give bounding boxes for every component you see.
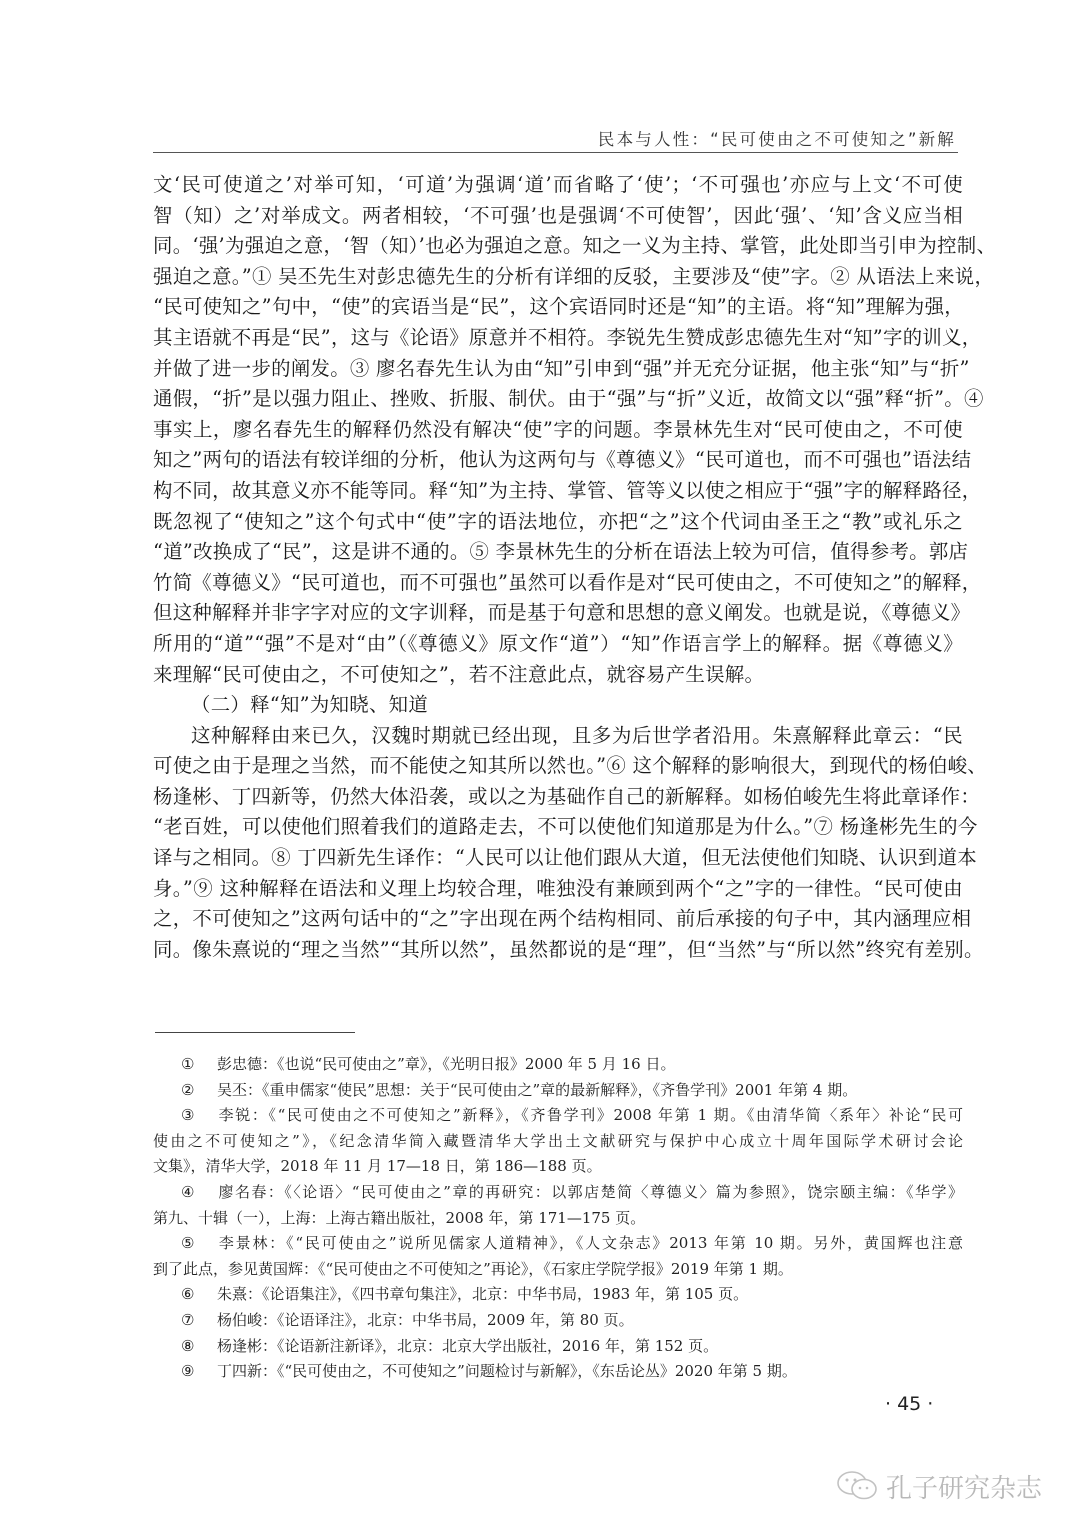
footnote-text: 彭忠德：《也说“民可使由之”章》，《光明日报》2000 年 5 月 16 日。: [217, 1055, 675, 1073]
text-line: 同。像朱熹说的“理之当然”“其所以然”，虽然都说的是“理”，但“当然”与“所以然…: [153, 935, 963, 966]
footnote-line: 第九、十辑（一），上海：上海古籍出版社，2008 年，第 171—175 页。: [153, 1206, 963, 1232]
footnote-text: 使由之不可使知之”》，《纪念清华简入藏暨清华大学出土文献研究与保护中心成立十周年…: [153, 1132, 963, 1150]
footnote-number: ⑤: [181, 1231, 217, 1257]
wechat-icon: [836, 1469, 880, 1503]
footnote-text: 李景林：《“民可使由之”说所见儒家人道精神》，《人文杂志》2013 年第 10 …: [217, 1234, 963, 1252]
text-line: 可使之由于是理之当然，而不能使之知其所以然也。”⑥ 这个解释的影响很大，到现代的…: [153, 751, 963, 782]
footnote-number: ⑨: [181, 1359, 217, 1385]
text-line: 译与之相同。⑧ 丁四新先生译作：“人民可以让他们跟从大道，但无法使他们知晓、认识…: [153, 843, 963, 874]
watermark: 孔子研究杂志: [836, 1466, 1042, 1506]
footnote-text: 第九、十辑（一），上海：上海古籍出版社，2008 年，第 171—175 页。: [153, 1209, 645, 1227]
text-line: 既忽视了“使知之”这个句式中“使”字的语法地位，亦把“之”这个代词由圣王之“教”…: [153, 507, 963, 538]
text-line: 竹简《尊德义》“民可道也，而不可强也”虽然可以看作是对“民可使由之，不可使知之”…: [153, 568, 963, 599]
text-line: 构不同，故其意义亦不能等同。释“知”为主持、掌管、管等义以使之相应于“强”字的解…: [153, 476, 963, 507]
text-line: 同。‘强’为强迫之意，‘智（知）’也必为强迫之意。知之一义为主持、掌管，此处即当…: [153, 231, 963, 262]
footnote-line: ①彭忠德：《也说“民可使由之”章》，《光明日报》2000 年 5 月 16 日。: [153, 1052, 963, 1078]
footnote-line: 使由之不可使知之”》，《纪念清华简入藏暨清华大学出土文献研究与保护中心成立十周年…: [153, 1129, 963, 1155]
footnote-number: ③: [181, 1103, 217, 1129]
footnote-number: ⑧: [181, 1334, 217, 1360]
watermark-text: 孔子研究杂志: [886, 1468, 1042, 1505]
footnote-text: 杨伯峻：《论语译注》，北京：中华书局，2009 年，第 80 页。: [217, 1311, 634, 1329]
footnote-line: ⑦杨伯峻：《论语译注》，北京：中华书局，2009 年，第 80 页。: [153, 1308, 963, 1334]
text-line: 之，不可使知之”这两句话中的“之”字出现在两个结构相同、前后承接的句子中，其内涵…: [153, 904, 963, 935]
footnote-line: ⑨丁四新：《“民可使由之，不可使知之”问题检讨与新解》，《东岳论丛》2020 年…: [153, 1359, 963, 1385]
footnote-line: ④廖名春：《〈论语〉“民可使由之”章的再研究：以郭店楚简〈尊德义〉篇为参照》，饶…: [153, 1180, 963, 1206]
text-line: 这种解释由来已久，汉魏时期就已经出现，且多为后世学者沿用。朱熹解释此章云：“民: [153, 721, 963, 752]
text-line: 通假，“折”是以强力阻止、挫败、折服、制伏。由于“强”与“折”义近，故简文以“强…: [153, 384, 963, 415]
footnote-number: ④: [181, 1180, 217, 1206]
text-line: “民可使知之”句中，“使”的宾语当是“民”，这个宾语同时还是“知”的主语。将“知…: [153, 292, 963, 323]
text-line: 来理解“民可使由之，不可使知之”，若不注意此点，就容易产生误解。: [153, 660, 963, 691]
text-line: “道”改换成了“民”，这是讲不通的。⑤ 李景林先生的分析在语法上较为可信，值得参…: [153, 537, 963, 568]
footnote-line: 到了此点，参见黄国辉：《“民可使由之不可使知之”再论》，《石家庄学院学报》201…: [153, 1257, 963, 1283]
footnote-text: 李锐：《“民可使由之不可使知之”新释》，《齐鲁学刊》2008 年第 1 期。《由…: [217, 1106, 963, 1124]
text-line: 所用的“道”“强”不是对“由”（《尊德义》原文作“道”）“知”作语言学上的解释。…: [153, 629, 963, 660]
footnote-number: ①: [181, 1052, 217, 1078]
footnote-line: ②吴丕：《重申儒家“使民”思想：关于“民可使由之”章的最新解释》，《齐鲁学刊》2…: [153, 1078, 963, 1104]
text-line: 智（知）之’对举成文。两者相较，‘不可强’也是强调‘不可使智’，因此‘强’、‘知…: [153, 201, 963, 232]
text-line: 但这种解释并非字字对应的文字训释，而是基于句意和思想的意义阐发。也就是说，《尊德…: [153, 598, 963, 629]
footnote-text: 文集》，清华大学，2018 年 11 月 17—18 日，第 186—188 页…: [153, 1157, 602, 1175]
footnote-number: ⑦: [181, 1308, 217, 1334]
footnotes: ①彭忠德：《也说“民可使由之”章》，《光明日报》2000 年 5 月 16 日。…: [153, 1052, 963, 1385]
footnote-text: 廖名春：《〈论语〉“民可使由之”章的再研究：以郭店楚简〈尊德义〉篇为参照》，饶宗…: [217, 1183, 963, 1201]
footnote-text: 杨逢彬：《论语新注新译》，北京：北京大学出版社，2016 年，第 152 页。: [217, 1337, 718, 1355]
footnote-line: 文集》，清华大学，2018 年 11 月 17—18 日，第 186—188 页…: [153, 1154, 963, 1180]
footnote-line: ⑥朱熹：《论语集注》，《四书章句集注》，北京：中华书局，1983 年，第 105…: [153, 1282, 963, 1308]
footnote-number: ⑥: [181, 1282, 217, 1308]
section-heading: （二）释“知”为知晓、知道: [153, 690, 963, 721]
text-line: 文‘民可使道之’对举可知，‘可道’为强调‘道’而省略了‘使’；‘不可强也’亦应与…: [153, 170, 963, 201]
text-line: 强迫之意。”① 吴丕先生对彭忠德先生的分析有详细的反驳，主要涉及“使”字。② 从…: [153, 262, 963, 293]
footnote-text: 朱熹：《论语集注》，《四书章句集注》，北京：中华书局，1983 年，第 105 …: [217, 1285, 748, 1303]
footnote-number: ②: [181, 1078, 217, 1104]
footnote-line: ③李锐：《“民可使由之不可使知之”新释》，《齐鲁学刊》2008 年第 1 期。《…: [153, 1103, 963, 1129]
text-line: 事实上，廖名春先生的解释仍然没有解决“使”字的问题。李景林先生对“民可使由之，不…: [153, 415, 963, 446]
running-title: 民本与人性：“民可使由之不可使知之”新解: [598, 126, 956, 150]
footnote-line: ⑤李景林：《“民可使由之”说所见儒家人道精神》，《人文杂志》2013 年第 10…: [153, 1231, 963, 1257]
text-line: 并做了进一步的阐发。③ 廖名春先生认为由“知”引申到“强”并无充分证据，他主张“…: [153, 354, 963, 385]
footnote-line: ⑧杨逢彬：《论语新注新译》，北京：北京大学出版社，2016 年，第 152 页。: [153, 1334, 963, 1360]
page-number: · 45 ·: [885, 1393, 933, 1415]
footnote-text: 到了此点，参见黄国辉：《“民可使由之不可使知之”再论》，《石家庄学院学报》201…: [153, 1260, 793, 1278]
footnote-text: 吴丕：《重申儒家“使民”思想：关于“民可使由之”章的最新解释》，《齐鲁学刊》20…: [217, 1081, 857, 1099]
footnote-divider: [155, 1032, 355, 1033]
text-line: 身。”⑨ 这种解释在语法和义理上均较合理，唯独没有兼顾到两个“之”字的一律性。“…: [153, 874, 963, 905]
text-line: 杨逢彬、丁四新等，仍然大体沿袭，或以之为基础作自己的新解释。如杨伯峻先生将此章译…: [153, 782, 963, 813]
running-header: 民本与人性：“民可使由之不可使知之”新解: [153, 126, 958, 153]
text-line: 知之”两句的语法有较详细的分析，他认为这两句与《尊德义》“民可道也，而不可强也”…: [153, 445, 963, 476]
text-line: 其主语就不再是“民”，这与《论语》原意并不相符。李锐先生赞成彭忠德先生对“知”字…: [153, 323, 963, 354]
footnote-text: 丁四新：《“民可使由之，不可使知之”问题检讨与新解》，《东岳论丛》2020 年第…: [217, 1362, 797, 1380]
text-line: “老百姓，可以使他们照着我们的道路走去，不可以使他们知道那是为什么。”⑦ 杨逢彬…: [153, 812, 963, 843]
body-text: 文‘民可使道之’对举可知，‘可道’为强调‘道’而省略了‘使’；‘不可强也’亦应与…: [153, 170, 963, 965]
